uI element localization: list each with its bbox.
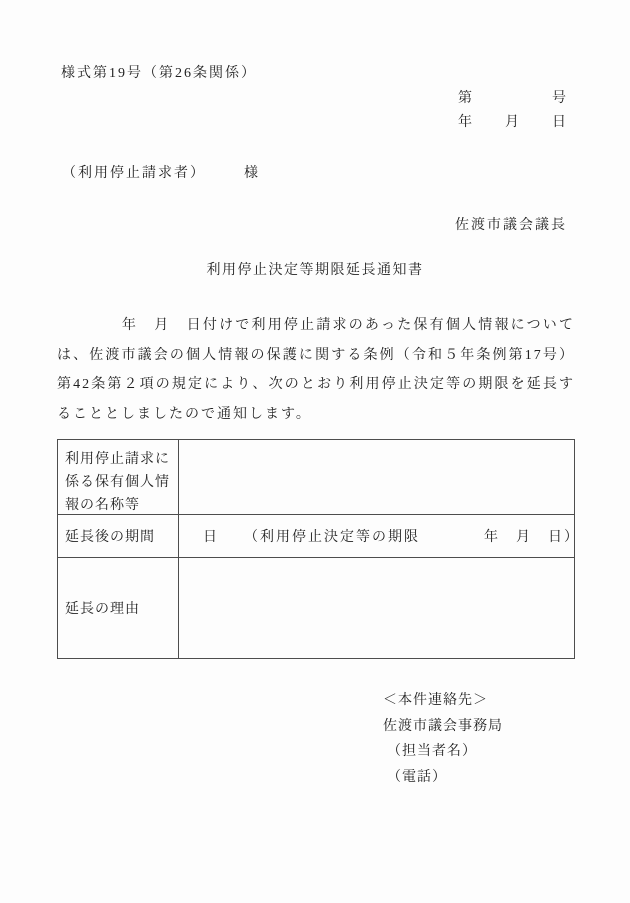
contact-person: （担当者名） [383, 739, 503, 765]
date-month-label: 月 [505, 111, 521, 131]
doc-number-prefix: 第 [458, 87, 474, 107]
date-line: 年 月 日 [458, 111, 568, 131]
doc-number-suffix: 号 [552, 87, 568, 107]
contact-phone: （電話） [383, 765, 503, 791]
date-year-label: 年 [458, 111, 474, 131]
contact-block: ＜本件連絡先＞ 佐渡市議会事務局 （担当者名） （電話） [383, 688, 503, 790]
document-page: 様式第19号（第26条関係） 第 号 年 月 日 （利用停止請求者）様 佐渡市議… [0, 0, 630, 903]
table-row-label-personal-info: 利用停止請求に係る保有個人情報の名称等 [58, 440, 179, 515]
contact-heading: ＜本件連絡先＞ [383, 688, 503, 714]
document-title: 利用停止決定等期限延長通知書 [0, 259, 630, 279]
table-row-value-extended-period: 日 （利用停止決定等の期限 年 月 日） [179, 515, 574, 558]
addressee-honorific: 様 [244, 166, 260, 181]
sender-name: 佐渡市議会議長 [455, 214, 567, 234]
addressee-line: （利用停止請求者）様 [62, 162, 260, 182]
form-number: 様式第19号（第26条関係） [61, 62, 257, 82]
table-row-label-extended-period: 延長後の期間 [58, 515, 179, 558]
body-paragraph: 年 月 日付けで利用停止請求のあった保有個人情報については、佐渡市議会の個人情報… [57, 311, 575, 429]
table-row-label-extension-reason: 延長の理由 [58, 558, 179, 658]
addressee-name: （利用停止請求者） [62, 166, 206, 181]
contact-office: 佐渡市議会事務局 [383, 714, 503, 740]
document-number-line: 第 号 [458, 87, 568, 107]
form-table: 利用停止請求に係る保有個人情報の名称等 延長後の期間 日 （利用停止決定等の期限… [57, 439, 575, 659]
date-day-label: 日 [552, 111, 568, 131]
table-row-value-personal-info [179, 440, 574, 515]
table-row-value-extension-reason [179, 558, 574, 658]
